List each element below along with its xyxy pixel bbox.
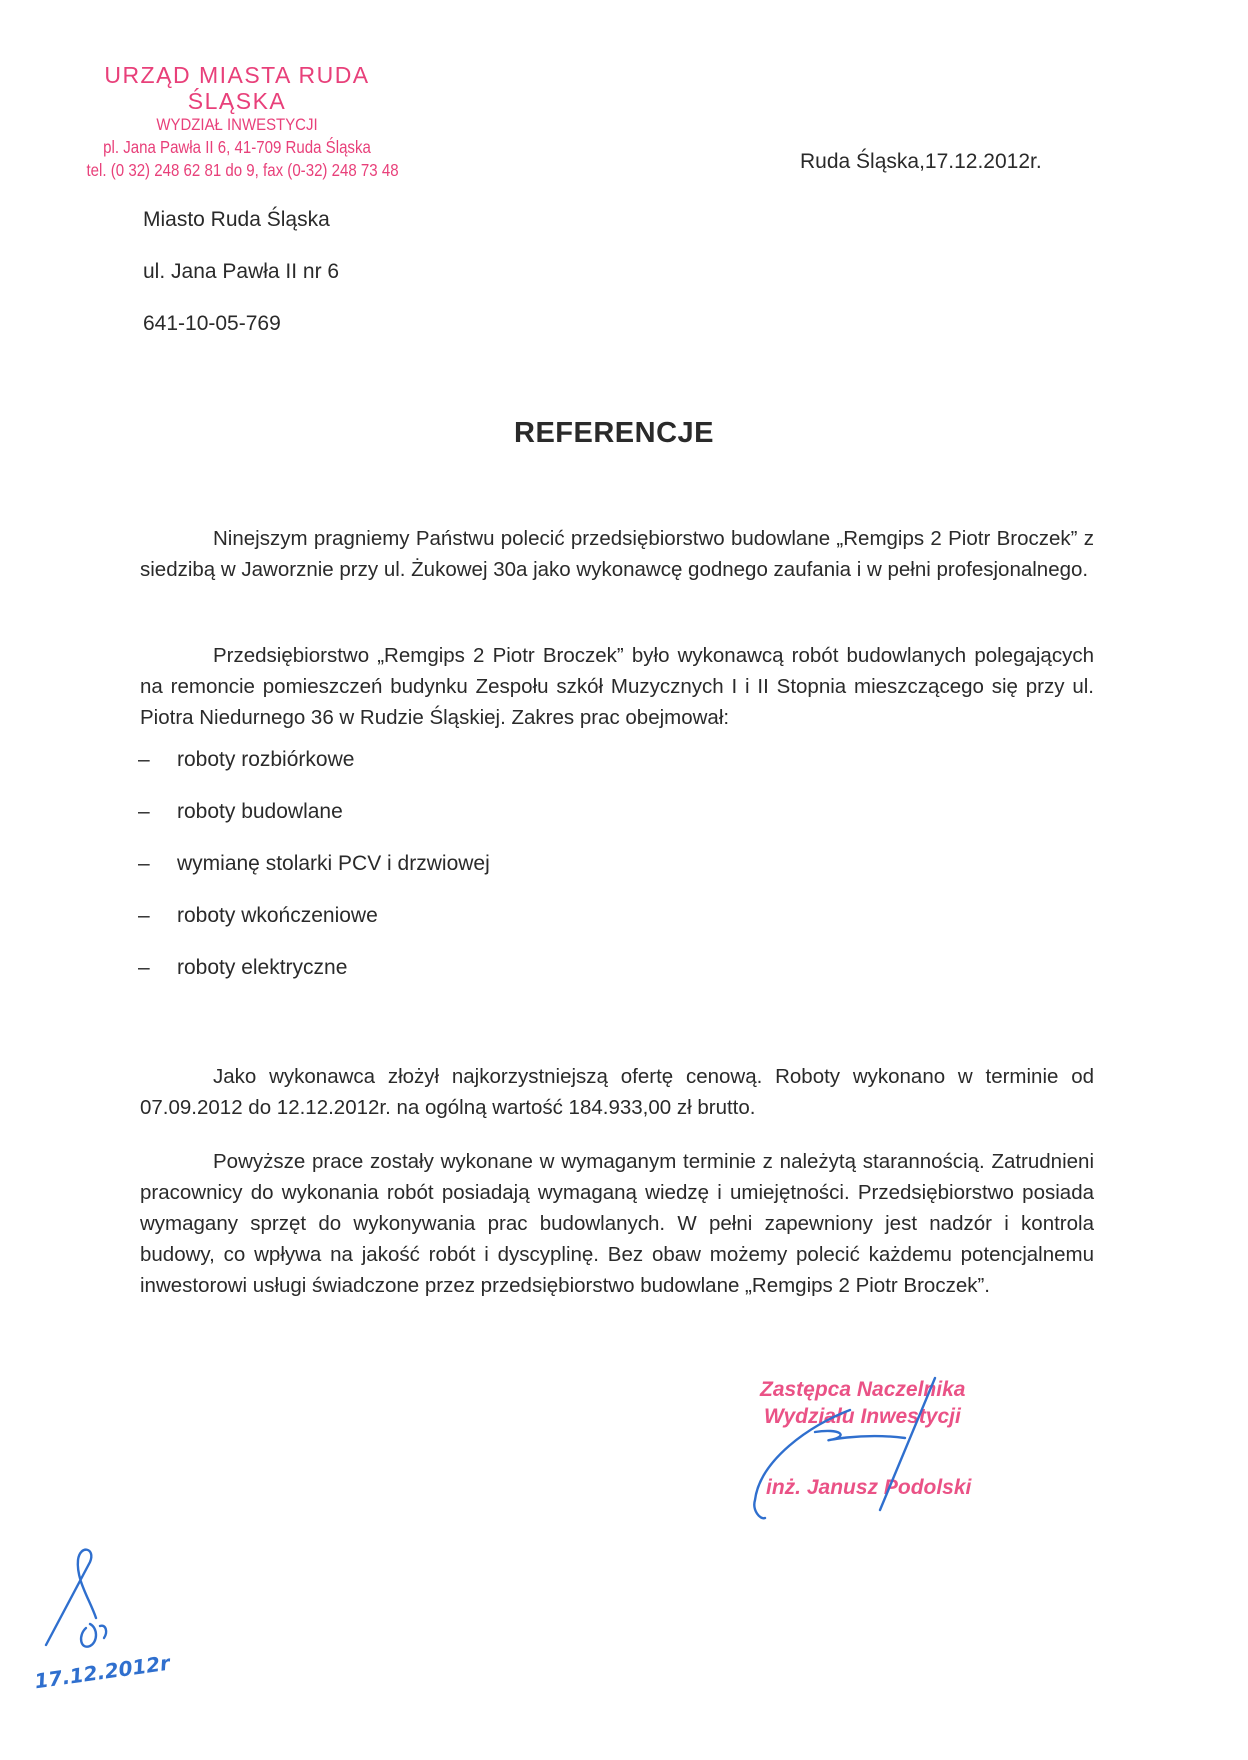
recipient-name: Miasto Ruda Śląska <box>143 208 330 232</box>
scope-item-text: roboty rozbiórkowe <box>177 748 354 771</box>
paragraph-recommendation: Ninejszym pragniemy Państwu polecić prze… <box>140 523 1094 585</box>
bullet-dash: – <box>138 800 177 824</box>
bullet-dash: – <box>138 852 177 876</box>
scope-list-item: –roboty elektryczne <box>138 956 347 980</box>
stamp-phone-fax: tel. (0 32) 248 62 81 do 9, fax (0-32) 2… <box>87 159 388 182</box>
scope-list-item: –roboty wkończeniowe <box>138 904 378 928</box>
scope-list-item: –wymianę stolarki PCV i drzwiowej <box>138 852 490 876</box>
paragraph-quality-statement: Powyższe prace zostały wykonane w wymaga… <box>140 1146 1094 1301</box>
letterhead-stamp: URZĄD MIASTA RUDA ŚLĄSKA WYDZIAŁ INWESTY… <box>62 62 412 182</box>
bullet-dash: – <box>138 904 177 928</box>
bullet-dash: – <box>138 748 177 772</box>
scope-list-item: –roboty budowlane <box>138 800 343 824</box>
paragraph-contract-description: Przedsiębiorstwo „Remgips 2 Piotr Brocze… <box>140 640 1094 733</box>
handwritten-initials-icon <box>28 1540 148 1660</box>
letter-date: Ruda Śląska,17.12.2012r. <box>800 150 1042 174</box>
bullet-dash: – <box>138 956 177 980</box>
scope-item-text: roboty budowlane <box>177 800 343 823</box>
paragraph-offer-value: Jako wykonawca złożył najkorzystniejszą … <box>140 1061 1094 1123</box>
scope-item-text: wymianę stolarki PCV i drzwiowej <box>177 852 490 875</box>
stamp-address: pl. Jana Pawła II 6, 41-709 Ruda Śląska <box>87 136 388 159</box>
scope-list-item: –roboty rozbiórkowe <box>138 748 354 772</box>
document-title: REFERENCJE <box>0 417 1228 450</box>
stamp-office-name: URZĄD MIASTA RUDA ŚLĄSKA <box>62 62 412 114</box>
recipient-street: ul. Jana Pawła II nr 6 <box>143 260 339 284</box>
handwritten-signature-icon <box>730 1370 1050 1540</box>
scope-item-text: roboty wkończeniowe <box>177 904 378 927</box>
stamp-department: WYDZIAŁ INWESTYCJI <box>83 114 391 136</box>
scope-item-text: roboty elektryczne <box>177 956 347 979</box>
recipient-nip: 641-10-05-769 <box>143 312 281 336</box>
